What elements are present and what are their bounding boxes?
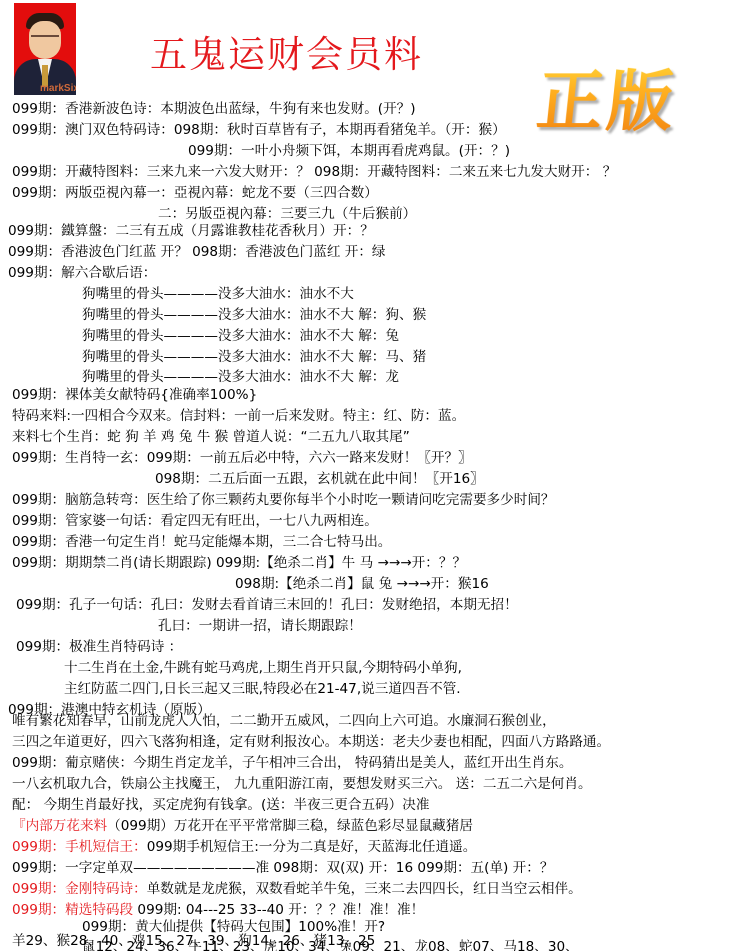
line-text: 099期：一字定单双—————————准 098期：双(双) 开：16 099期… — [12, 860, 553, 876]
line-text: 狗嘴里的骨头————没多大油水：油水不大 解：马、猪 — [82, 349, 426, 365]
line-text: （099期）万花开在平平常常脚三稳，绿蓝色彩尽显鼠藏猪居 — [107, 818, 473, 834]
line-text: 狗嘴里的骨头————没多大油水：油水不大 解：龙 — [82, 369, 399, 385]
content-line: 狗嘴里的骨头————没多大油水：油水不大 解：龙 — [82, 368, 399, 386]
line-text: 主红防蓝二四门,日长三起又三眠,特段必在21-47,说三道四吾不管. — [64, 681, 461, 697]
content-line: 099期：葡京赌侠：今期生肖定龙羊，子午相冲三合出， 特码猜出是美人，蓝红开出生… — [12, 754, 572, 772]
highlight-label: 099期：金刚特码诗： — [12, 881, 147, 897]
line-text: 二：另版亞視內幕：三要三九（牛后猴前） — [158, 206, 416, 222]
content-line: 099期：开藏特图料：三来九来一六发大财开：？ 098期：开藏特图料：二来五来七… — [12, 163, 616, 181]
content-line: 099期：期期禁二肖(请长期跟踪) 099期:【绝杀二肖】牛 马 →→→开：？？ — [12, 554, 466, 572]
content-line: 来料七个生肖：蛇 狗 羊 鸡 兔 牛 猴 曾道人说：“二五九八取其尾” — [12, 428, 410, 446]
content-line: 099期：一叶小舟频下饵，本期再看虎鸡鼠。(开：？) — [188, 142, 510, 160]
line-text: 099期手机短信王:一分为二真是好，天蓝海北任逍遥。 — [147, 839, 477, 855]
content-line: 099期：精选特码段 099期: 04---25 33--40 开：？？准！准！… — [12, 901, 424, 919]
photo-glasses — [31, 35, 59, 42]
content-line: 三四之年道更好，四六飞落狗相逢，定有财利报汝心。本期送：老夫少妻也相配，四面八方… — [12, 733, 610, 751]
line-text: 099期：鐵算盤：二三有五成（月露谁教桂花香秋月）开：？ — [8, 223, 374, 239]
line-text: 十二生肖在土金,牛跳有蛇马鸡虎,上期生肖开只鼠,今期特码小单狗, — [64, 660, 462, 676]
content-line: 特码来料:一四相合今双来。信封料：一前一后来发财。特主：红、防：蓝。 — [12, 407, 465, 425]
line-text: 狗嘴里的骨头————没多大油水：油水不大 解：狗、猴 — [82, 307, 426, 323]
content-line: 099期：生肖特一玄：099期：一前五后必中特，六六一路来发财！〖开？〗 — [12, 449, 472, 467]
line-text: 羊29、猴28、40、鸡15、27、39、狗14、26、猪13、25 — [12, 933, 375, 949]
line-text: 配： 今期生肖最好找，买定虎狗有钱拿。(送：半夜三更合五码）决准 — [12, 797, 429, 813]
line-text: 098期：二五后面一五跟，玄机就在此中间！〖开16〗 — [155, 471, 484, 487]
content-line: 狗嘴里的骨头————没多大油水：油水不大 解：马、猪 — [82, 348, 426, 366]
line-text: 三四之年道更好，四六飞落狗相逢，定有财利报汝心。本期送：老夫少妻也相配，四面八方… — [12, 734, 610, 750]
line-text: 来料七个生肖：蛇 狗 羊 鸡 兔 牛 猴 曾道人说：“二五九八取其尾” — [12, 429, 410, 445]
content-line: 『内部万花来料（099期）万花开在平平常常脚三稳，绿蓝色彩尽显鼠藏猪居 — [12, 817, 473, 835]
line-text: 099期：澳门双色特码诗：098期：秋时百草皆有子，本期再看猪兔羊。（开：猴） — [12, 122, 506, 138]
line-text: 孔曰：一期讲一招，请长期跟踪！ — [158, 618, 362, 634]
content-line: 099期：手机短信王：099期手机短信王:一分为二真是好，天蓝海北任逍遥。 — [12, 838, 476, 856]
content-line: 099期：裸体美女献特码{准确率100%} — [12, 386, 257, 404]
line-text: 099期：期期禁二肖(请长期跟踪) 099期:【绝杀二肖】牛 马 →→→开：？？ — [12, 555, 466, 571]
highlight-label: 099期：精选特码段 — [12, 902, 133, 918]
content-line: 孔曰：一期讲一招，请长期跟踪！ — [158, 617, 362, 635]
highlight-label: 099期：手机短信王： — [12, 839, 147, 855]
content-line: 狗嘴里的骨头————没多大油水：油水不大 — [82, 285, 354, 303]
content-line: 一八玄机取九合，铁扇公主找魔王， 九九重阳游江南，要想发财买三六。 送：二五二六… — [12, 775, 592, 793]
line-text: 099期：一叶小舟频下饵，本期再看虎鸡鼠。(开：？) — [188, 143, 510, 159]
line-text: 一八玄机取九合，铁扇公主找魔王， 九九重阳游江南，要想发财买三六。 送：二五二六… — [12, 776, 592, 792]
line-text: 099期：生肖特一玄：099期：一前五后必中特，六六一路来发财！〖开？〗 — [12, 450, 472, 466]
content-line: 098期：二五后面一五跟，玄机就在此中间！〖开16〗 — [155, 470, 484, 488]
content-line: 099期：解六合歇后语： — [8, 264, 156, 282]
photo-watermark: markSix — [40, 83, 76, 94]
line-text: 099期：脑筋急转弯：医生给了你三颗药丸要你每半个小时吃一颗请问吃完需要多少时间… — [12, 492, 555, 508]
genuine-logo: 正版 — [533, 48, 683, 143]
content-line: 十二生肖在土金,牛跳有蛇马鸡虎,上期生肖开只鼠,今期特码小单狗, — [64, 659, 462, 677]
line-text: 特码来料:一四相合今双来。信封料：一前一后来发财。特主：红、防：蓝。 — [12, 408, 465, 424]
content-line: 099期：管家婆一句话：看定四无有旺出，一七八九两相连。 — [12, 512, 378, 530]
content-line: 099期：香港新波色诗：本期波色出蓝绿，牛狗有来也发财。(开？) — [12, 100, 416, 118]
content-line: 099期：澳门双色特码诗：098期：秋时百草皆有子，本期再看猪兔羊。（开：猴） — [12, 121, 506, 139]
content-line: 099期：鐵算盤：二三有五成（月露谁教桂花香秋月）开：？ — [8, 222, 374, 240]
content-line: 098期:【绝杀二肖】鼠 兔 →→→开：猴16 — [235, 575, 489, 593]
line-text: 099期：香港波色门红蓝 开？ 098期：香港波色门蓝红 开：绿 — [8, 244, 386, 260]
page-title: 五鬼运财会员料 — [150, 24, 423, 78]
content-line: 羊29、猴28、40、鸡15、27、39、狗14、26、猪13、25 — [12, 932, 375, 950]
line-text: 099期：开藏特图料：三来九来一六发大财开：？ 098期：开藏特图料：二来五来七… — [12, 164, 616, 180]
line-text: 099期：解六合歇后语： — [8, 265, 156, 281]
content-line: 099期：金刚特码诗：单数就是龙虎猴，双数看蛇羊牛兔，三来二去四四长，红日当空云… — [12, 880, 582, 898]
content-line: 099期：孔子一句话：孔曰：发财去看首请三末回的！孔曰：发财绝招，本期无招！ — [16, 596, 518, 614]
content-line: 099期：香港波色门红蓝 开？ 098期：香港波色门蓝红 开：绿 — [8, 243, 386, 261]
line-text: 099期：裸体美女献特码{准确率100%} — [12, 387, 257, 403]
line-text: 099期：葡京赌侠：今期生肖定龙羊，子午相冲三合出， 特码猜出是美人，蓝红开出生… — [12, 755, 572, 771]
line-text: 唯有繁花知春早，山前龙虎人人怕，二二勤开五威风，二四向上六可追。水廉洞石猴创业， — [12, 713, 556, 729]
line-text: 099期：极准生肖特码诗 ： — [16, 639, 182, 655]
header-photo: markSix — [14, 3, 76, 95]
content-line: 主红防蓝二四门,日长三起又三眠,特段必在21-47,说三道四吾不管. — [64, 680, 461, 698]
content-line: 狗嘴里的骨头————没多大油水：油水不大 解：兔 — [82, 327, 399, 345]
content-line: 099期：两版亞視內幕一：亞視內幕：蛇龙不要（三四合数） — [12, 184, 378, 202]
line-text: 099期：管家婆一句话：看定四无有旺出，一七八九两相连。 — [12, 513, 378, 529]
line-text: 狗嘴里的骨头————没多大油水：油水不大 解：兔 — [82, 328, 399, 344]
content-line: 二：另版亞視內幕：三要三九（牛后猴前） — [158, 205, 416, 223]
content-line: 099期：极准生肖特码诗 ： — [16, 638, 182, 656]
line-text: 单数就是龙虎猴，双数看蛇羊牛兔，三来二去四四长，红日当空云相伴。 — [147, 881, 582, 897]
line-text: 狗嘴里的骨头————没多大油水：油水不大 — [82, 286, 354, 302]
line-text: 099期：香港一句定生肖！蛇马定能爆本期，三二合七特马出。 — [12, 534, 391, 550]
content-line: 099期：脑筋急转弯：医生给了你三颗药丸要你每半个小时吃一颗请问吃完需要多少时间… — [12, 491, 555, 509]
line-text: 099期：香港新波色诗：本期波色出蓝绿，牛狗有来也发财。(开？) — [12, 101, 416, 117]
content-line: 唯有繁花知春早，山前龙虎人人怕，二二勤开五威风，二四向上六可追。水廉洞石猴创业， — [12, 712, 556, 730]
highlight-label: 『内部万花来料 — [12, 818, 107, 834]
line-text: 099期: 04---25 33--40 开：？？准！准！准！ — [133, 902, 424, 918]
line-text: 099期：孔子一句话：孔曰：发财去看首请三末回的！孔曰：发财绝招，本期无招！ — [16, 597, 518, 613]
content-line: 配： 今期生肖最好找，买定虎狗有钱拿。(送：半夜三更合五码）决准 — [12, 796, 429, 814]
line-text: 098期:【绝杀二肖】鼠 兔 →→→开：猴16 — [235, 576, 489, 592]
content-line: 狗嘴里的骨头————没多大油水：油水不大 解：狗、猴 — [82, 306, 426, 324]
line-text: 099期：两版亞視內幕一：亞視內幕：蛇龙不要（三四合数） — [12, 185, 378, 201]
content-line: 099期：一字定单双—————————准 098期：双(双) 开：16 099期… — [12, 859, 553, 877]
content-line: 099期：香港一句定生肖！蛇马定能爆本期，三二合七特马出。 — [12, 533, 391, 551]
